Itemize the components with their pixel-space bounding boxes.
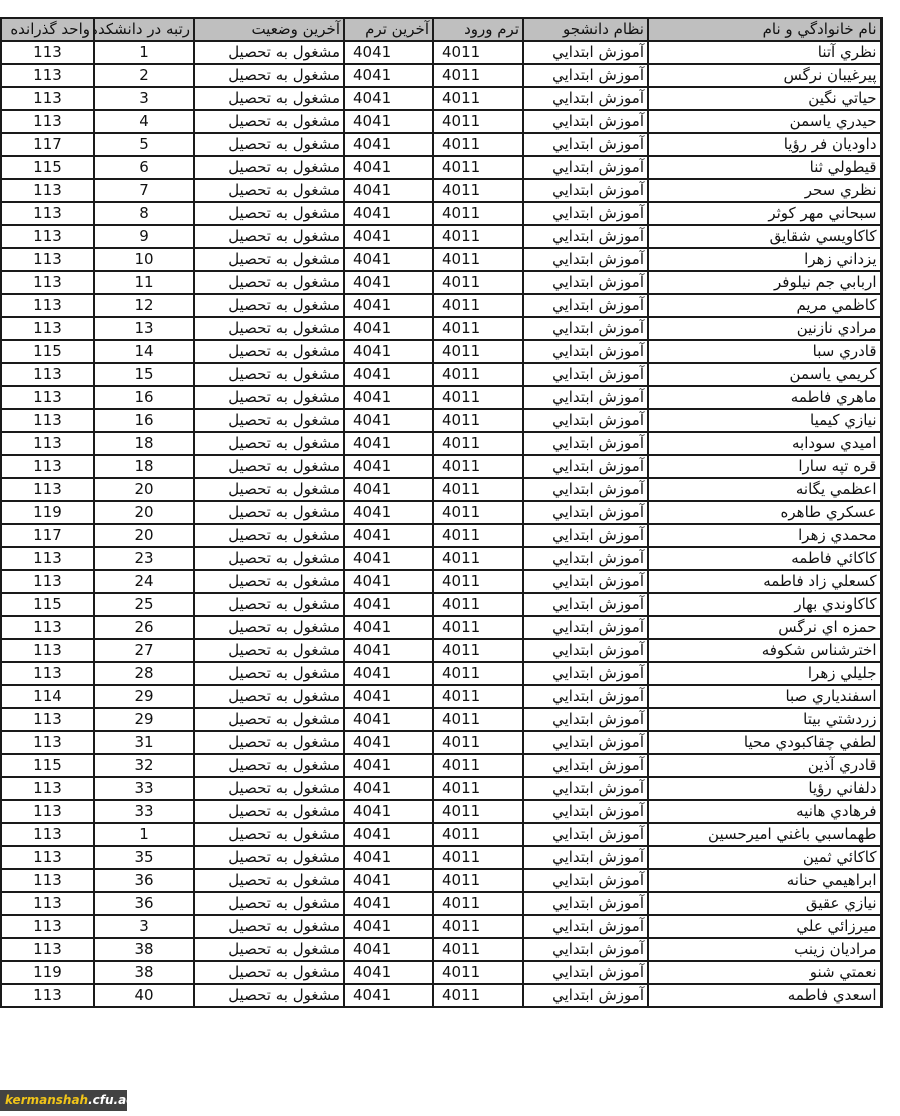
cell-units: 113 — [1, 386, 94, 409]
cell-system: آموزش ابتدايي — [523, 662, 648, 685]
cell-rank: 18 — [94, 455, 194, 478]
cell-name: قيطولي ثنا — [648, 156, 881, 179]
cell-rank: 33 — [94, 800, 194, 823]
cell-entry-term: 4011 — [433, 41, 523, 64]
watermark-domain: .cfu.ac.ir — [88, 1093, 148, 1107]
cell-name: حياتي نگين — [648, 87, 881, 110]
cell-status: مشغول به تحصيل — [194, 685, 344, 708]
cell-rank: 9 — [94, 225, 194, 248]
cell-name: اربابي جم نيلوفر — [648, 271, 881, 294]
cell-rank: 28 — [94, 662, 194, 685]
cell-system: آموزش ابتدايي — [523, 363, 648, 386]
cell-name: اسعدي فاطمه — [648, 984, 881, 1007]
cell-system: آموزش ابتدايي — [523, 823, 648, 846]
cell-rank: 3 — [94, 87, 194, 110]
header-last-status: آخرين وضعيت — [194, 18, 344, 41]
cell-system: آموزش ابتدايي — [523, 915, 648, 938]
table-row: عسكري طاهرهآموزش ابتدايي40114041مشغول به… — [1, 501, 881, 524]
table-row: مراديان زينبآموزش ابتدايي40114041مشغول ب… — [1, 938, 881, 961]
cell-units: 113 — [1, 869, 94, 892]
cell-status: مشغول به تحصيل — [194, 662, 344, 685]
cell-last-term: 4041 — [344, 915, 433, 938]
cell-last-term: 4041 — [344, 409, 433, 432]
cell-last-term: 4041 — [344, 133, 433, 156]
cell-name: لطفي چقاكبودي محيا — [648, 731, 881, 754]
cell-system: آموزش ابتدايي — [523, 846, 648, 869]
cell-rank: 36 — [94, 892, 194, 915]
cell-last-term: 4041 — [344, 547, 433, 570]
cell-rank: 5 — [94, 133, 194, 156]
cell-system: آموزش ابتدايي — [523, 294, 648, 317]
table-row: كاظمي مريمآموزش ابتدايي40114041مشغول به … — [1, 294, 881, 317]
table-row: زردشتي بيتاآموزش ابتدايي40114041مشغول به… — [1, 708, 881, 731]
cell-status: مشغول به تحصيل — [194, 754, 344, 777]
cell-system: آموزش ابتدايي — [523, 869, 648, 892]
cell-status: مشغول به تحصيل — [194, 570, 344, 593]
cell-entry-term: 4011 — [433, 386, 523, 409]
cell-entry-term: 4011 — [433, 248, 523, 271]
cell-rank: 26 — [94, 616, 194, 639]
table-row: قادري سباآموزش ابتدايي40114041مشغول به ت… — [1, 340, 881, 363]
cell-entry-term: 4011 — [433, 708, 523, 731]
cell-units: 113 — [1, 639, 94, 662]
cell-rank: 20 — [94, 501, 194, 524]
cell-name: قادري سبا — [648, 340, 881, 363]
table-row: كاكائي فاطمهآموزش ابتدايي40114041مشغول ب… — [1, 547, 881, 570]
cell-entry-term: 4011 — [433, 892, 523, 915]
cell-status: مشغول به تحصيل — [194, 202, 344, 225]
cell-entry-term: 4011 — [433, 110, 523, 133]
cell-entry-term: 4011 — [433, 800, 523, 823]
cell-entry-term: 4011 — [433, 409, 523, 432]
cell-name: نيازي كيميا — [648, 409, 881, 432]
cell-system: آموزش ابتدايي — [523, 64, 648, 87]
cell-entry-term: 4011 — [433, 777, 523, 800]
cell-units: 113 — [1, 363, 94, 386]
cell-name: كاكائي فاطمه — [648, 547, 881, 570]
cell-status: مشغول به تحصيل — [194, 823, 344, 846]
cell-system: آموزش ابتدايي — [523, 110, 648, 133]
cell-entry-term: 4011 — [433, 869, 523, 892]
table-row: حياتي نگينآموزش ابتدايي40114041مشغول به … — [1, 87, 881, 110]
cell-rank: 20 — [94, 478, 194, 501]
cell-rank: 1 — [94, 823, 194, 846]
cell-system: آموزش ابتدايي — [523, 961, 648, 984]
student-ranking-sheet: نام خانوادگي و نام نظام دانشجو ترم ورود … — [0, 17, 883, 1008]
table-row: نظري سحرآموزش ابتدايي40114041مشغول به تح… — [1, 179, 881, 202]
cell-status: مشغول به تحصيل — [194, 110, 344, 133]
cell-last-term: 4041 — [344, 156, 433, 179]
cell-name: ابراهيمي حنانه — [648, 869, 881, 892]
cell-entry-term: 4011 — [433, 478, 523, 501]
table-row: اميدي سودابهآموزش ابتدايي40114041مشغول ب… — [1, 432, 881, 455]
cell-last-term: 4041 — [344, 961, 433, 984]
cell-entry-term: 4011 — [433, 271, 523, 294]
cell-units: 113 — [1, 892, 94, 915]
cell-units: 115 — [1, 156, 94, 179]
cell-units: 113 — [1, 846, 94, 869]
cell-rank: 14 — [94, 340, 194, 363]
cell-units: 113 — [1, 984, 94, 1007]
cell-name: اسفندياري صبا — [648, 685, 881, 708]
cell-units: 113 — [1, 87, 94, 110]
cell-last-term: 4041 — [344, 179, 433, 202]
cell-entry-term: 4011 — [433, 156, 523, 179]
cell-entry-term: 4011 — [433, 846, 523, 869]
cell-name: كسعلي زاد فاطمه — [648, 570, 881, 593]
cell-units: 113 — [1, 478, 94, 501]
cell-system: آموزش ابتدايي — [523, 892, 648, 915]
cell-units: 113 — [1, 271, 94, 294]
cell-rank: 3 — [94, 915, 194, 938]
cell-last-term: 4041 — [344, 708, 433, 731]
cell-system: آموزش ابتدايي — [523, 938, 648, 961]
cell-last-term: 4041 — [344, 984, 433, 1007]
cell-entry-term: 4011 — [433, 685, 523, 708]
table-row: قادري آذينآموزش ابتدايي40114041مشغول به … — [1, 754, 881, 777]
cell-name: قادري آذين — [648, 754, 881, 777]
cell-units: 113 — [1, 455, 94, 478]
cell-entry-term: 4011 — [433, 317, 523, 340]
cell-entry-term: 4011 — [433, 294, 523, 317]
cell-status: مشغول به تحصيل — [194, 915, 344, 938]
cell-status: مشغول به تحصيل — [194, 938, 344, 961]
header-last-term: آخرين ترم — [344, 18, 433, 41]
table-row: ميرزائي عليآموزش ابتدايي40114041مشغول به… — [1, 915, 881, 938]
cell-units: 114 — [1, 685, 94, 708]
cell-units: 117 — [1, 133, 94, 156]
cell-units: 113 — [1, 248, 94, 271]
cell-last-term: 4041 — [344, 478, 433, 501]
cell-name: كاكاويسي شقايق — [648, 225, 881, 248]
cell-rank: 25 — [94, 593, 194, 616]
cell-rank: 8 — [94, 202, 194, 225]
cell-rank: 4 — [94, 110, 194, 133]
cell-system: آموزش ابتدايي — [523, 133, 648, 156]
cell-entry-term: 4011 — [433, 340, 523, 363]
cell-units: 113 — [1, 225, 94, 248]
cell-system: آموزش ابتدايي — [523, 179, 648, 202]
cell-last-term: 4041 — [344, 317, 433, 340]
header-entry-term: ترم ورود — [433, 18, 523, 41]
cell-last-term: 4041 — [344, 616, 433, 639]
cell-system: آموزش ابتدايي — [523, 731, 648, 754]
table-row: كريمي ياسمنآموزش ابتدايي40114041مشغول به… — [1, 363, 881, 386]
cell-rank: 24 — [94, 570, 194, 593]
cell-status: مشغول به تحصيل — [194, 386, 344, 409]
cell-system: آموزش ابتدايي — [523, 639, 648, 662]
cell-status: مشغول به تحصيل — [194, 984, 344, 1007]
cell-name: كاكاوندي بهار — [648, 593, 881, 616]
cell-entry-term: 4011 — [433, 570, 523, 593]
cell-last-term: 4041 — [344, 938, 433, 961]
cell-rank: 13 — [94, 317, 194, 340]
cell-rank: 29 — [94, 685, 194, 708]
table-row: اخترشناس شكوفهآموزش ابتدايي40114041مشغول… — [1, 639, 881, 662]
cell-last-term: 4041 — [344, 455, 433, 478]
table-row: كاكاوندي بهارآموزش ابتدايي40114041مشغول … — [1, 593, 881, 616]
cell-entry-term: 4011 — [433, 524, 523, 547]
cell-last-term: 4041 — [344, 432, 433, 455]
cell-name: اخترشناس شكوفه — [648, 639, 881, 662]
table-row: حيدري ياسمنآموزش ابتدايي40114041مشغول به… — [1, 110, 881, 133]
cell-last-term: 4041 — [344, 846, 433, 869]
cell-last-term: 4041 — [344, 731, 433, 754]
cell-last-term: 4041 — [344, 294, 433, 317]
cell-name: فرهادي هانيه — [648, 800, 881, 823]
cell-system: آموزش ابتدايي — [523, 225, 648, 248]
cell-units: 115 — [1, 593, 94, 616]
table-row: حمزه اي نرگسآموزش ابتدايي40114041مشغول ب… — [1, 616, 881, 639]
cell-system: آموزش ابتدايي — [523, 708, 648, 731]
cell-status: مشغول به تحصيل — [194, 616, 344, 639]
cell-system: آموزش ابتدايي — [523, 501, 648, 524]
cell-status: مشغول به تحصيل — [194, 455, 344, 478]
cell-name: ميرزائي علي — [648, 915, 881, 938]
table-row: نيازي عقيقآموزش ابتدايي40114041مشغول به … — [1, 892, 881, 915]
cell-status: مشغول به تحصيل — [194, 478, 344, 501]
cell-last-term: 4041 — [344, 685, 433, 708]
watermark-site: kermanshah — [5, 1093, 88, 1107]
table-row: لطفي چقاكبودي محياآموزش ابتدايي40114041م… — [1, 731, 881, 754]
cell-system: آموزش ابتدايي — [523, 202, 648, 225]
cell-rank: 1 — [94, 41, 194, 64]
cell-system: آموزش ابتدايي — [523, 409, 648, 432]
cell-name: ماهري فاطمه — [648, 386, 881, 409]
cell-rank: 15 — [94, 363, 194, 386]
table-row: ماهري فاطمهآموزش ابتدايي40114041مشغول به… — [1, 386, 881, 409]
cell-status: مشغول به تحصيل — [194, 317, 344, 340]
cell-system: آموزش ابتدايي — [523, 685, 648, 708]
cell-status: مشغول به تحصيل — [194, 248, 344, 271]
cell-status: مشغول به تحصيل — [194, 340, 344, 363]
cell-last-term: 4041 — [344, 386, 433, 409]
cell-system: آموزش ابتدايي — [523, 317, 648, 340]
cell-entry-term: 4011 — [433, 915, 523, 938]
cell-rank: 31 — [94, 731, 194, 754]
cell-rank: 10 — [94, 248, 194, 271]
cell-rank: 40 — [94, 984, 194, 1007]
cell-entry-term: 4011 — [433, 547, 523, 570]
table-row: نعمتي شنوآموزش ابتدايي40114041مشغول به ت… — [1, 961, 881, 984]
cell-rank: 16 — [94, 386, 194, 409]
cell-units: 113 — [1, 662, 94, 685]
cell-name: عسكري طاهره — [648, 501, 881, 524]
cell-entry-term: 4011 — [433, 363, 523, 386]
cell-system: آموزش ابتدايي — [523, 616, 648, 639]
cell-status: مشغول به تحصيل — [194, 64, 344, 87]
table-row: اسفندياري صباآموزش ابتدايي40114041مشغول … — [1, 685, 881, 708]
table-row: نيازي كيمياآموزش ابتدايي40114041مشغول به… — [1, 409, 881, 432]
cell-status: مشغول به تحصيل — [194, 639, 344, 662]
cell-entry-term: 4011 — [433, 616, 523, 639]
cell-entry-term: 4011 — [433, 501, 523, 524]
cell-entry-term: 4011 — [433, 754, 523, 777]
cell-last-term: 4041 — [344, 593, 433, 616]
table-row: داوديان فر رؤياآموزش ابتدايي40114041مشغو… — [1, 133, 881, 156]
cell-entry-term: 4011 — [433, 639, 523, 662]
cell-status: مشغول به تحصيل — [194, 409, 344, 432]
cell-entry-term: 4011 — [433, 179, 523, 202]
cell-entry-term: 4011 — [433, 593, 523, 616]
cell-units: 113 — [1, 41, 94, 64]
cell-system: آموزش ابتدايي — [523, 271, 648, 294]
cell-rank: 7 — [94, 179, 194, 202]
cell-rank: 36 — [94, 869, 194, 892]
header-system: نظام دانشجو — [523, 18, 648, 41]
cell-name: نعمتي شنو — [648, 961, 881, 984]
cell-last-term: 4041 — [344, 363, 433, 386]
table-row: كسعلي زاد فاطمهآموزش ابتدايي40114041مشغو… — [1, 570, 881, 593]
cell-status: مشغول به تحصيل — [194, 156, 344, 179]
cell-rank: 29 — [94, 708, 194, 731]
cell-status: مشغول به تحصيل — [194, 869, 344, 892]
cell-units: 113 — [1, 432, 94, 455]
cell-units: 113 — [1, 179, 94, 202]
cell-entry-term: 4011 — [433, 984, 523, 1007]
cell-name: يزداني زهرا — [648, 248, 881, 271]
cell-status: مشغول به تحصيل — [194, 133, 344, 156]
table-row: مرادي نازنينآموزش ابتدايي40114041مشغول ب… — [1, 317, 881, 340]
cell-name: كاظمي مريم — [648, 294, 881, 317]
cell-last-term: 4041 — [344, 64, 433, 87]
cell-status: مشغول به تحصيل — [194, 800, 344, 823]
cell-last-term: 4041 — [344, 248, 433, 271]
header-name: نام خانوادگي و نام — [648, 18, 881, 41]
cell-name: اعظمي يگانه — [648, 478, 881, 501]
cell-rank: 2 — [94, 64, 194, 87]
cell-entry-term: 4011 — [433, 662, 523, 685]
site-watermark: kermanshah.cfu.ac.ir — [0, 1090, 127, 1111]
cell-rank: 23 — [94, 547, 194, 570]
cell-status: مشغول به تحصيل — [194, 294, 344, 317]
cell-rank: 18 — [94, 432, 194, 455]
table-row: جليلي زهراآموزش ابتدايي40114041مشغول به … — [1, 662, 881, 685]
cell-rank: 6 — [94, 156, 194, 179]
table-body: نظري آتناآموزش ابتدايي40114041مشغول به ت… — [1, 41, 881, 1007]
table-row: كاكائي ثمينآموزش ابتدايي40114041مشغول به… — [1, 846, 881, 869]
cell-system: آموزش ابتدايي — [523, 777, 648, 800]
cell-units: 115 — [1, 340, 94, 363]
cell-last-term: 4041 — [344, 271, 433, 294]
cell-system: آموزش ابتدايي — [523, 156, 648, 179]
cell-units: 113 — [1, 708, 94, 731]
cell-name: جليلي زهرا — [648, 662, 881, 685]
cell-name: حيدري ياسمن — [648, 110, 881, 133]
cell-last-term: 4041 — [344, 570, 433, 593]
cell-system: آموزش ابتدايي — [523, 524, 648, 547]
header-rank: رتبه در دانشكده — [94, 18, 194, 41]
cell-rank: 32 — [94, 754, 194, 777]
table-row: طهماسبي باغني اميرحسينآموزش ابتدايي40114… — [1, 823, 881, 846]
cell-name: قره تپه سارا — [648, 455, 881, 478]
cell-system: آموزش ابتدايي — [523, 340, 648, 363]
cell-name: پيرغيبان نرگس — [648, 64, 881, 87]
cell-name: طهماسبي باغني اميرحسين — [648, 823, 881, 846]
cell-system: آموزش ابتدايي — [523, 754, 648, 777]
cell-units: 113 — [1, 915, 94, 938]
cell-last-term: 4041 — [344, 662, 433, 685]
cell-system: آموزش ابتدايي — [523, 478, 648, 501]
cell-entry-term: 4011 — [433, 202, 523, 225]
cell-system: آموزش ابتدايي — [523, 432, 648, 455]
cell-name: دلفاني رؤيا — [648, 777, 881, 800]
cell-entry-term: 4011 — [433, 455, 523, 478]
cell-status: مشغول به تحصيل — [194, 777, 344, 800]
table-row: سبحاني مهر كوثرآموزش ابتدايي40114041مشغو… — [1, 202, 881, 225]
cell-status: مشغول به تحصيل — [194, 501, 344, 524]
cell-last-term: 4041 — [344, 501, 433, 524]
cell-units: 113 — [1, 202, 94, 225]
cell-status: مشغول به تحصيل — [194, 271, 344, 294]
cell-last-term: 4041 — [344, 225, 433, 248]
student-ranking-table: نام خانوادگي و نام نظام دانشجو ترم ورود … — [0, 17, 883, 1008]
cell-rank: 16 — [94, 409, 194, 432]
cell-system: آموزش ابتدايي — [523, 593, 648, 616]
cell-last-term: 4041 — [344, 639, 433, 662]
cell-units: 115 — [1, 754, 94, 777]
cell-last-term: 4041 — [344, 892, 433, 915]
cell-name: محمدي زهرا — [648, 524, 881, 547]
cell-last-term: 4041 — [344, 823, 433, 846]
table-row: اربابي جم نيلوفرآموزش ابتدايي40114041مشغ… — [1, 271, 881, 294]
cell-system: آموزش ابتدايي — [523, 386, 648, 409]
cell-name: مرادي نازنين — [648, 317, 881, 340]
table-row: نظري آتناآموزش ابتدايي40114041مشغول به ت… — [1, 41, 881, 64]
cell-status: مشغول به تحصيل — [194, 846, 344, 869]
cell-entry-term: 4011 — [433, 225, 523, 248]
cell-entry-term: 4011 — [433, 133, 523, 156]
cell-entry-term: 4011 — [433, 87, 523, 110]
cell-units: 113 — [1, 110, 94, 133]
cell-last-term: 4041 — [344, 800, 433, 823]
cell-entry-term: 4011 — [433, 961, 523, 984]
cell-last-term: 4041 — [344, 202, 433, 225]
cell-entry-term: 4011 — [433, 64, 523, 87]
cell-entry-term: 4011 — [433, 731, 523, 754]
cell-rank: 38 — [94, 938, 194, 961]
cell-last-term: 4041 — [344, 869, 433, 892]
cell-name: سبحاني مهر كوثر — [648, 202, 881, 225]
cell-units: 113 — [1, 731, 94, 754]
cell-name: حمزه اي نرگس — [648, 616, 881, 639]
cell-status: مشغول به تحصيل — [194, 892, 344, 915]
cell-last-term: 4041 — [344, 87, 433, 110]
cell-status: مشغول به تحصيل — [194, 524, 344, 547]
cell-last-term: 4041 — [344, 754, 433, 777]
cell-system: آموزش ابتدايي — [523, 87, 648, 110]
cell-units: 113 — [1, 800, 94, 823]
cell-name: كاكائي ثمين — [648, 846, 881, 869]
header-row: نام خانوادگي و نام نظام دانشجو ترم ورود … — [1, 18, 881, 41]
table-row: يزداني زهراآموزش ابتدايي40114041مشغول به… — [1, 248, 881, 271]
cell-system: آموزش ابتدايي — [523, 41, 648, 64]
cell-status: مشغول به تحصيل — [194, 593, 344, 616]
cell-units: 113 — [1, 317, 94, 340]
cell-entry-term: 4011 — [433, 823, 523, 846]
cell-name: نظري سحر — [648, 179, 881, 202]
cell-units: 117 — [1, 524, 94, 547]
table-row: فرهادي هانيهآموزش ابتدايي40114041مشغول ب… — [1, 800, 881, 823]
cell-units: 119 — [1, 961, 94, 984]
cell-status: مشغول به تحصيل — [194, 547, 344, 570]
cell-rank: 27 — [94, 639, 194, 662]
cell-last-term: 4041 — [344, 340, 433, 363]
table-row: قيطولي ثناآموزش ابتدايي40114041مشغول به … — [1, 156, 881, 179]
cell-units: 113 — [1, 409, 94, 432]
cell-system: آموزش ابتدايي — [523, 570, 648, 593]
cell-rank: 12 — [94, 294, 194, 317]
